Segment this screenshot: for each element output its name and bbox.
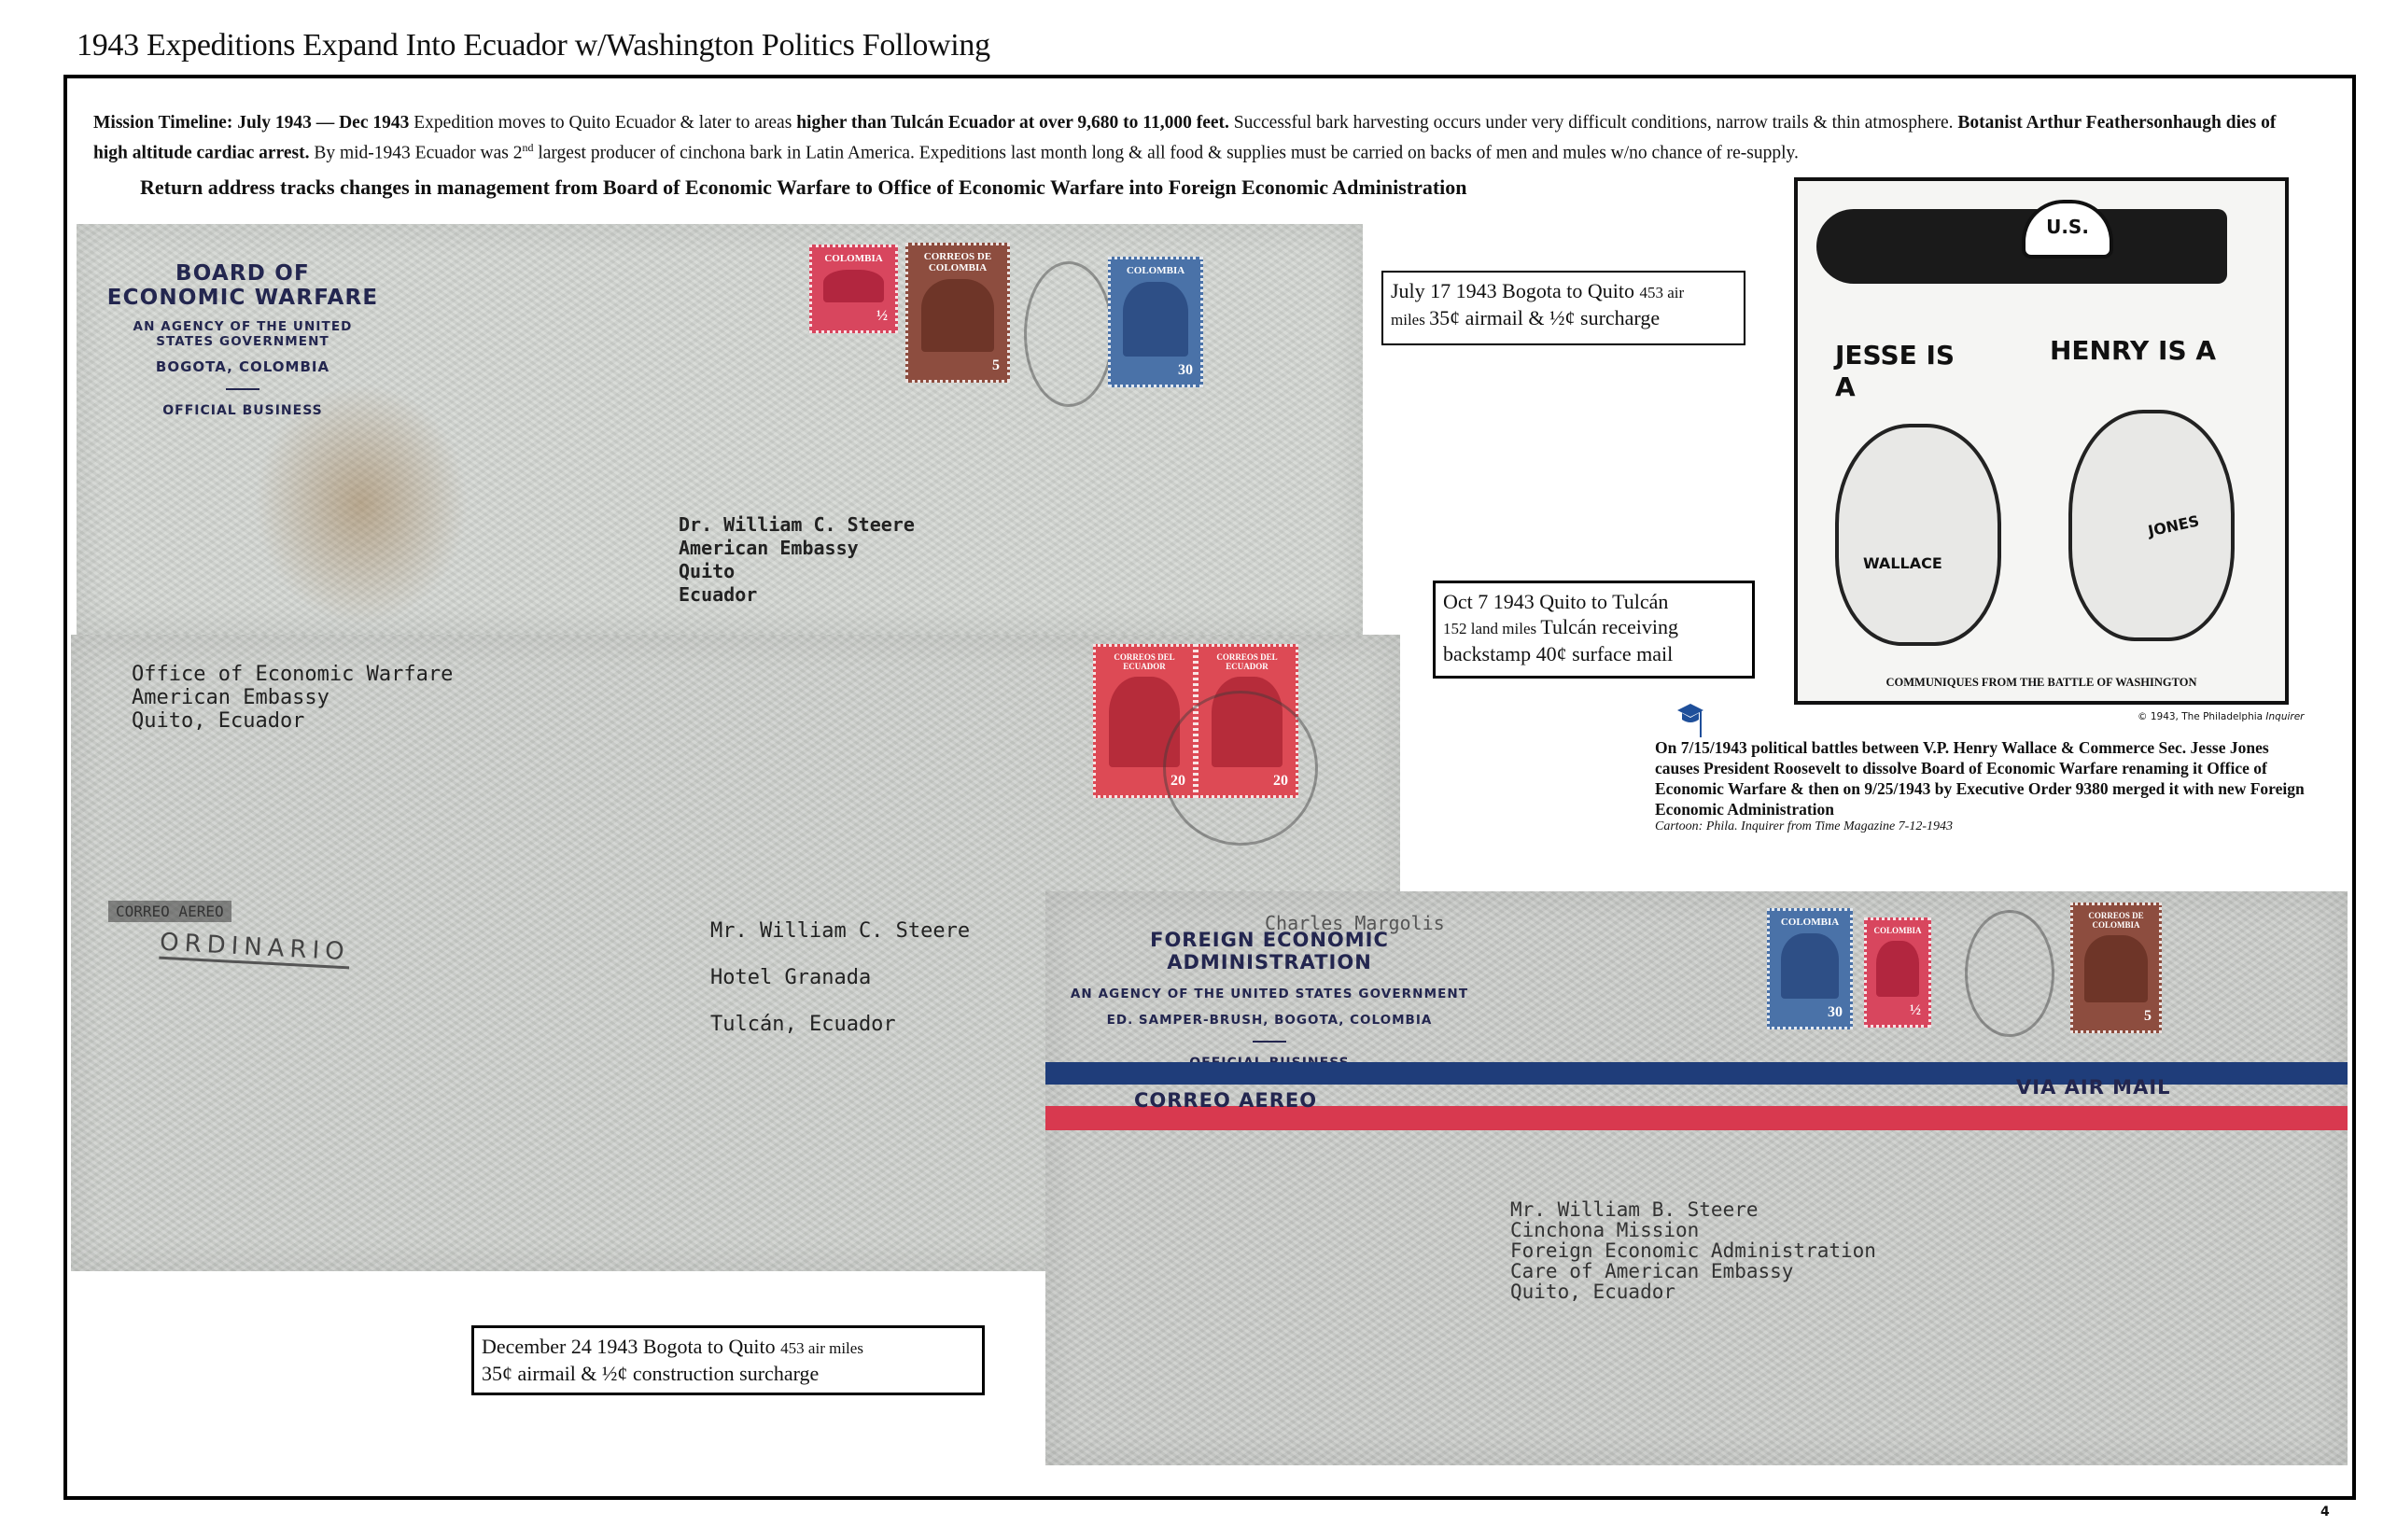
caption-text: Tulcán receiving <box>1540 615 1678 638</box>
stamp-value: ½ <box>873 308 891 325</box>
caption-oct-7: Oct 7 1943 Quito to Tulcán152 land miles… <box>1433 581 1755 679</box>
stamp-value: 5 <box>988 357 1003 374</box>
water-stain <box>254 383 469 625</box>
history-note: On 7/15/1943 political battles between V… <box>1655 737 2308 819</box>
recipient-address: Dr. William C. Steere American Embassy Q… <box>679 513 915 607</box>
cartoon-credit: Cartoon: Phila. Inquirer from Time Magaz… <box>1655 819 1953 834</box>
stamp-country: CORREOS DEL ECUADOR <box>1100 652 1189 671</box>
stamp-value: 30 <box>1824 1004 1846 1021</box>
mission-timeline: Mission Timeline: July 1943 — Dec 1943 E… <box>93 110 2315 166</box>
page-number: 4 <box>2320 1505 2330 1519</box>
recipient-address: Mr. William C. Steere Hotel Granada Tulc… <box>710 919 970 1036</box>
recipient-address: Mr. William B. Steere Cinchona Mission F… <box>1510 1199 1876 1302</box>
postmark <box>1965 910 2054 1037</box>
cartoon-left-writing: JESSE IS A <box>1835 340 1975 403</box>
mission-text: Expedition moves to Quito Ecuador & late… <box>409 113 796 133</box>
caption-text: July 17 1943 Bogota to Quito <box>1391 279 1639 302</box>
caption-text: air <box>1663 284 1684 301</box>
copyright-text: © 1943, The Philadelphia <box>2138 711 2265 722</box>
stamp-image <box>921 279 994 352</box>
letterhead-org: FOREIGN ECONOMIC ADMINISTRATION <box>1055 929 1484 973</box>
postmark <box>1024 261 1114 407</box>
page-title: 1943 Expeditions Expand Into Ecuador w/W… <box>77 28 990 63</box>
caption-text: 35¢ airmail & ½¢ construction surcharge <box>482 1362 819 1385</box>
stamp: CORREOS DE COLOMBIA5 <box>2070 903 2162 1033</box>
mission-text: Successful bark harvesting occurs under … <box>1229 113 1958 133</box>
stamp: COLOMBIA30 <box>1108 257 1203 387</box>
stamp-country: CORREOS DEL ECUADOR <box>1202 652 1292 671</box>
mission-label: Mission Timeline: July 1943 — Dec 1943 <box>93 113 409 133</box>
return-address-note: Return address tracks changes in managem… <box>140 175 1467 200</box>
caption-text: December 24 1943 Bogota to Quito <box>482 1335 780 1358</box>
mission-text: By mid-1943 Ecuador was 2 <box>309 144 522 163</box>
graduation-cap-icon <box>1676 702 1704 739</box>
caption-miles: 453 <box>1639 284 1663 301</box>
stamp-country: CORREOS DE COLOMBIA <box>912 251 1003 273</box>
stamp-country: COLOMBIA <box>1781 917 1839 928</box>
divider <box>226 388 259 390</box>
caption-text: miles <box>1391 311 1429 329</box>
copyright-publisher: Inquirer <box>2265 711 2304 722</box>
caption-july-17: July 17 1943 Bogota to Quito 453 airmile… <box>1381 271 1745 345</box>
caption-text: 152 land miles <box>1443 620 1540 637</box>
letterhead: BOARD OF ECONOMIC WARFARE AN AGENCY OF T… <box>103 261 383 418</box>
cartoon-title: COMMUNIQUES FROM THE BATTLE OF WASHINGTO… <box>1798 676 2285 690</box>
stamp-image <box>1876 941 1919 997</box>
caption-dec-24: December 24 1943 Bogota to Quito 453 air… <box>471 1325 985 1395</box>
caption-text: 453 air miles <box>780 1339 863 1357</box>
letterhead-city: ED. SAMPER-BRUSH, BOGOTA, COLOMBIA <box>1055 1013 1484 1028</box>
stamp: COLOMBIA30 <box>1767 908 1853 1029</box>
postmark <box>1163 691 1318 846</box>
stamp-country: COLOMBIA <box>824 253 882 264</box>
stamp-country: COLOMBIA <box>1873 926 1921 935</box>
letterhead: FOREIGN ECONOMIC ADMINISTRATION AN AGENC… <box>1055 929 1484 1071</box>
stamp: COLOMBIA½ <box>1864 917 1931 1028</box>
mission-highlight: higher than Tulcán Ecuador at over 9,680… <box>796 113 1229 133</box>
stamp-image <box>1781 933 1839 999</box>
letterhead-agency: AN AGENCY OF THE UNITED STATES GOVERNMEN… <box>1055 987 1484 1001</box>
cartoon-copyright: © 1943, The Philadelphia Inquirer <box>2138 711 2305 722</box>
stamp-value: 30 <box>1174 362 1197 379</box>
caption-text: backstamp 40¢ surface mail <box>1443 642 1673 665</box>
envelope-board-of-economic-warfare: BOARD OF ECONOMIC WARFARE AN AGENCY OF T… <box>77 224 1363 637</box>
stamp: CORREOS DE COLOMBIA5 <box>905 243 1010 383</box>
correo-aereo-label: CORREO AEREO <box>1134 1089 1317 1112</box>
divider <box>1253 1041 1286 1043</box>
political-cartoon: U.S. JESSE IS A HENRY IS A WALLACE JONES… <box>1794 177 2289 705</box>
letterhead-city: BOGOTA, COLOMBIA <box>103 358 383 375</box>
stamp-image <box>823 270 884 302</box>
letterhead-agency: AN AGENCY OF THE UNITED STATES GOVERNMEN… <box>103 319 383 349</box>
official-business: OFFICIAL BUSINESS <box>103 403 383 418</box>
cartoon-right-writing: HENRY IS A <box>2050 335 2227 367</box>
stamp-country: COLOMBIA <box>1127 265 1184 276</box>
label-wallace: WALLACE <box>1863 554 1942 572</box>
figure-wallace <box>1835 424 2001 646</box>
mission-text: largest producer of cinchona bark in Lat… <box>533 144 1798 163</box>
handwritten-ordinario: ORDINARIO <box>159 929 350 970</box>
stamp-country: CORREOS DE COLOMBIA <box>2077 911 2155 930</box>
caption-text: 35¢ airmail & ½¢ surcharge <box>1429 306 1660 329</box>
caption-text: Oct 7 1943 Quito to Tulcán <box>1443 590 1668 613</box>
ordinal-suffix: nd <box>522 141 533 154</box>
stamp-value: 5 <box>2140 1008 2155 1025</box>
stamp-value: ½ <box>1906 1002 1925 1019</box>
via-air-mail-label: VIA AIR MAIL <box>2016 1076 2171 1099</box>
envelope-foreign-economic-administration: Charles Margolis FOREIGN ECONOMIC ADMINI… <box>1045 891 2348 1465</box>
struck-airmail-label: CORREO AEREO <box>108 901 231 922</box>
stamp: COLOMBIA½ <box>809 245 898 333</box>
letterhead-org: BOARD OF ECONOMIC WARFARE <box>103 261 383 310</box>
stamp-image <box>1123 282 1188 357</box>
stamp-image <box>2084 935 2147 1002</box>
return-address: Office of Economic Warfare American Emba… <box>132 663 453 733</box>
